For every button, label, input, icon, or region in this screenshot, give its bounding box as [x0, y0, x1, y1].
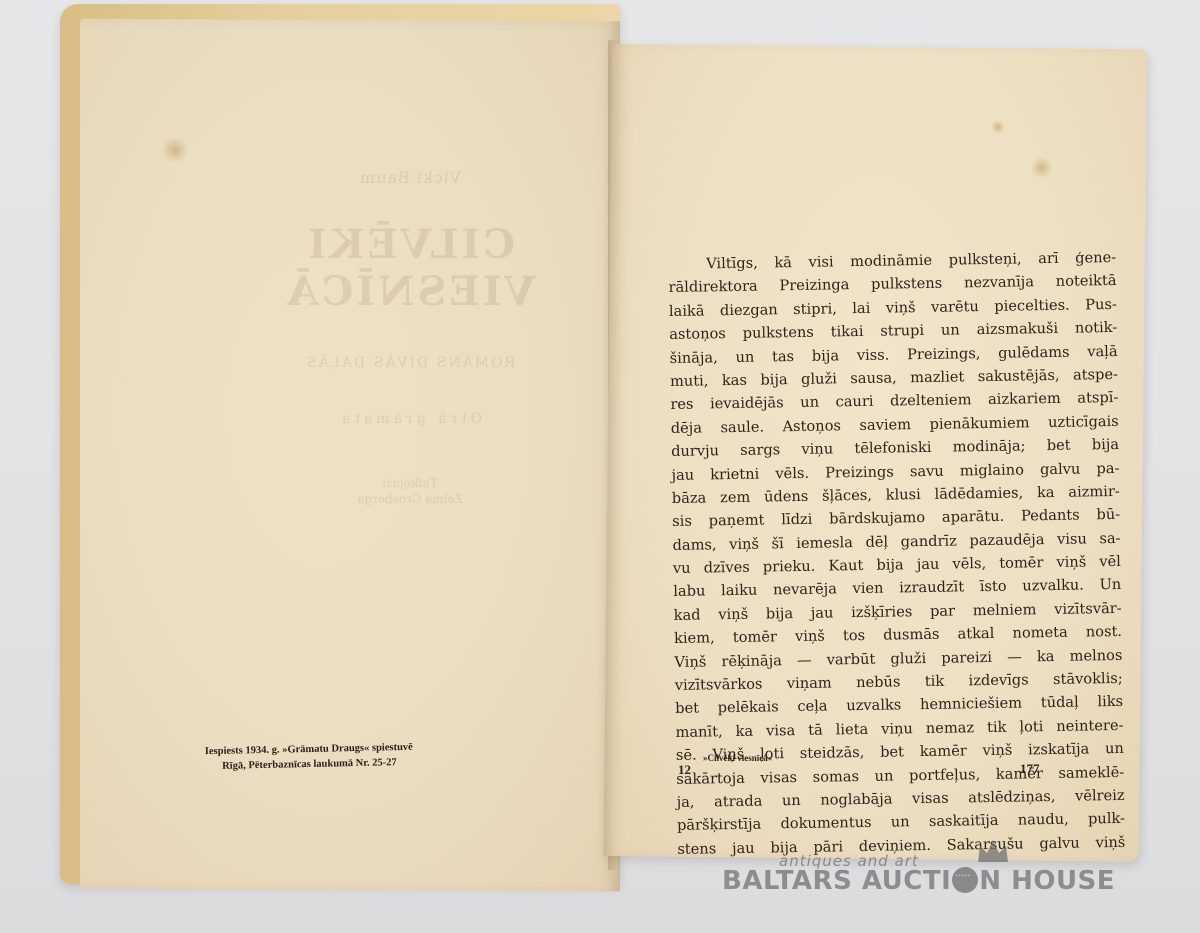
paper-stain [991, 120, 1005, 134]
printer-imprint: Iespiests 1934. g. »Grāmatu Draugs« spie… [205, 740, 414, 774]
signature-number: 12 [678, 762, 691, 778]
paper-stain [162, 137, 188, 163]
body-text: Viltīgs, kā visi modināmie pulksteņi, ar… [668, 246, 1125, 861]
page-number: 177 [1020, 761, 1040, 777]
open-book: Vicki Baum CILVĒKI VIESNĪCĀ ROMĀNS DIVĀS… [0, 0, 1200, 933]
signature-mark: »Cilvēki viesnīcā« [703, 753, 772, 763]
paper-stain [1031, 156, 1053, 178]
